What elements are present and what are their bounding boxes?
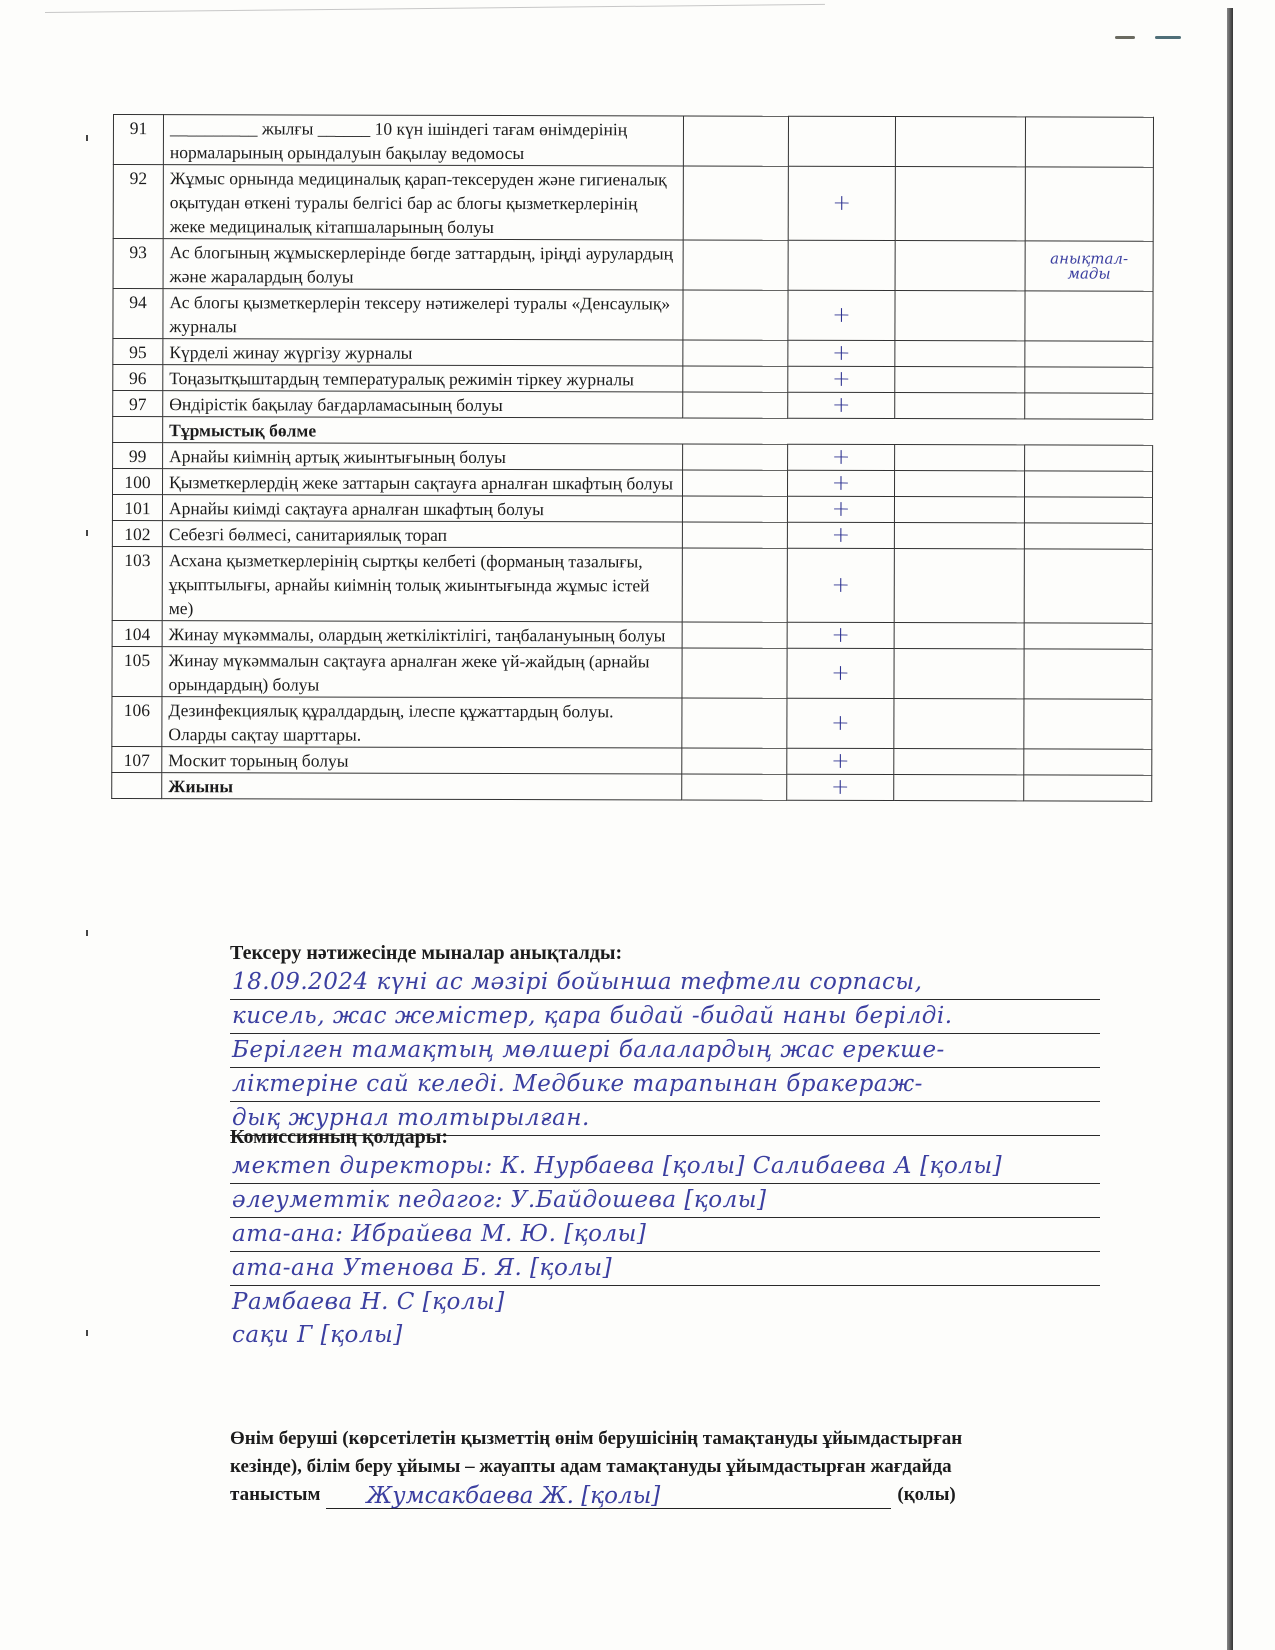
signature-line: мектеп директоры: К. Нурбаева [қолы] Сал…: [230, 1150, 1100, 1184]
status-cell[interactable]: [682, 548, 787, 622]
table-row: 100Қызметкерлердің жеке заттарын сақтауғ…: [113, 469, 1153, 498]
note-cell[interactable]: [1024, 699, 1152, 749]
row-description: Ас блогы қызметкерлерін тексеру нәтижеле…: [163, 289, 683, 340]
row-number: 100: [113, 469, 163, 495]
table-row: 107Москит торының болуы+: [112, 746, 1152, 775]
margin-mark: [86, 530, 88, 536]
table-row: 103Асхана қызметкерлерінің сыртқы келбет…: [112, 546, 1152, 623]
signature-line: ата-ана: Ибрайева М. Ю. [қолы]: [230, 1218, 1100, 1252]
total-row: Жиыны +: [112, 772, 1152, 801]
check-mark[interactable]: +: [787, 522, 894, 548]
handwritten-line: 18.09.2024 күні ас мәзірі бойынша тефтел…: [230, 966, 1100, 1000]
table-row: 96Тоңазытқыштардың температуралық режимі…: [113, 365, 1153, 394]
check-mark[interactable]: +: [787, 548, 894, 622]
note-cell[interactable]: [1024, 749, 1152, 775]
row-number: 107: [112, 746, 162, 772]
status-cell[interactable]: [683, 116, 788, 166]
note-cell[interactable]: [1024, 523, 1152, 549]
scan-corner-mark: [1155, 36, 1181, 39]
status-cell[interactable]: [682, 496, 787, 522]
note-cell[interactable]: анықтал-мады: [1025, 241, 1153, 291]
row-number: 102: [112, 520, 162, 546]
row-description: Қызметкерлердің жеке заттарын сақтауға а…: [163, 469, 683, 496]
check-mark[interactable]: +: [787, 748, 894, 774]
check-mark[interactable]: +: [788, 470, 895, 496]
note-cell[interactable]: [1024, 497, 1152, 523]
check-mark[interactable]: +: [787, 648, 894, 698]
row-number: [113, 417, 163, 443]
status-cell[interactable]: [682, 622, 787, 648]
status-cell[interactable]: [683, 240, 788, 290]
footer-line-1: Өнім беруші (көрсетілетін қызметтің өнім…: [230, 1425, 1130, 1453]
inspection-checklist-table: 91__________ жылғы ______ 10 күн ішіндег…: [111, 114, 1154, 802]
status-cell[interactable]: [894, 549, 1024, 623]
handwritten-line: Берілген тамақтың мөлшері балалардың жас…: [230, 1034, 1100, 1068]
handwritten-line: кисель, жас жемістер, қара бидай -бидай …: [230, 1000, 1100, 1034]
note-cell[interactable]: [1025, 167, 1153, 241]
note-cell[interactable]: [1025, 117, 1153, 167]
check-mark[interactable]: +: [788, 366, 895, 392]
status-cell[interactable]: [894, 699, 1024, 749]
status-cell[interactable]: [894, 649, 1024, 699]
note-cell[interactable]: [1025, 291, 1153, 341]
status-cell[interactable]: [895, 241, 1025, 291]
row-description: Асхана қызметкерлерінің сыртқы келбеті (…: [162, 547, 682, 622]
ack-label: таныстым: [230, 1481, 320, 1509]
row-number: 94: [113, 289, 163, 339]
check-mark[interactable]: +: [788, 166, 895, 240]
status-cell[interactable]: [682, 698, 787, 748]
findings-section: Тексеру нәтижесінде мыналар анықталды: 1…: [230, 940, 1100, 1136]
footer-line-2: кезінде), білім беру ұйымы – жауапты ада…: [230, 1453, 1130, 1481]
table-row: 97Өндірістік бақылау бағдарламасының бол…: [113, 391, 1153, 420]
row-description: Дезинфекциялық құралдардың, ілеспе құжат…: [162, 697, 682, 748]
row-number: 96: [113, 365, 163, 391]
row-number: 101: [112, 495, 162, 521]
status-cell[interactable]: [895, 117, 1025, 167]
check-mark[interactable]: [788, 240, 895, 290]
check-mark[interactable]: +: [788, 392, 895, 418]
row-number: 93: [113, 239, 163, 289]
scan-top-rule: [45, 4, 825, 13]
note-cell[interactable]: [1024, 549, 1152, 623]
status-cell[interactable]: [895, 341, 1025, 367]
table-row: 95Күрделі жинау жүргізу журналы+: [113, 339, 1153, 368]
note-cell[interactable]: [1024, 623, 1152, 649]
table-row: 94Ас блогы қызметкерлерін тексеру нәтиже…: [113, 289, 1153, 342]
row-description: Арнайы киімді сақтауға арналған шкафтың …: [162, 495, 682, 522]
note-cell[interactable]: [1024, 649, 1152, 699]
status-cell[interactable]: [895, 291, 1025, 341]
status-cell[interactable]: [895, 167, 1025, 241]
row-description: Жинау мүкәммалын сақтауға арналған жеке …: [162, 647, 682, 698]
table-row: 101Арнайы киімді сақтауға арналған шкафт…: [112, 495, 1152, 524]
ack-signature-field[interactable]: Жумсакбаева Ж. [қолы]: [326, 1483, 891, 1509]
status-cell[interactable]: [683, 166, 788, 240]
status-cell[interactable]: [894, 523, 1024, 549]
row-number: 105: [112, 646, 162, 696]
status-cell[interactable]: [683, 470, 788, 496]
status-cell[interactable]: [894, 623, 1024, 649]
signature-line: сақи Г [қолы]: [230, 1319, 1100, 1352]
sign-label: (қолы): [897, 1481, 955, 1509]
status-cell[interactable]: [895, 471, 1025, 497]
table-row: 104Жинау мүкәммалы, олардың жеткіліктілі…: [112, 620, 1152, 649]
row-number: 95: [113, 339, 163, 365]
total-label: Жиыны: [162, 773, 682, 800]
status-cell[interactable]: [683, 392, 788, 418]
row-description: Күрделі жинау жүргізу журналы: [163, 339, 683, 366]
check-mark: +: [787, 774, 894, 800]
table-row: 105Жинау мүкәммалын сақтауға арналған же…: [112, 646, 1152, 699]
note-cell[interactable]: [1025, 367, 1153, 393]
status-cell[interactable]: [895, 367, 1025, 393]
signatures-heading: Комиссияның қолдары:: [230, 1124, 1100, 1150]
check-mark[interactable]: +: [788, 444, 895, 470]
status-cell[interactable]: [683, 366, 788, 392]
row-description: Жұмыс орнында медициналық қарап-тексеруд…: [163, 165, 683, 240]
margin-mark: [86, 930, 88, 936]
status-cell[interactable]: [894, 749, 1024, 775]
note-cell[interactable]: [1025, 471, 1153, 497]
footer-acknowledgement: Өнім беруші (көрсетілетін қызметтің өнім…: [230, 1425, 1130, 1509]
status-cell[interactable]: [683, 340, 788, 366]
findings-heading: Тексеру нәтижесінде мыналар анықталды:: [230, 940, 1100, 966]
check-mark[interactable]: +: [787, 496, 894, 522]
row-number: 97: [113, 391, 163, 417]
table-row: 106Дезинфекциялық құралдардың, ілеспе құ…: [112, 696, 1152, 749]
check-mark[interactable]: +: [787, 698, 894, 748]
note-cell[interactable]: [1025, 393, 1153, 419]
row-number: 106: [112, 696, 162, 746]
table-row: 93Ас блогының жұмыскерлерінде бөгде затт…: [113, 239, 1153, 292]
check-mark[interactable]: +: [788, 340, 895, 366]
row-description: Өндірістік бақылау бағдарламасының болуы: [163, 391, 683, 418]
status-cell[interactable]: [894, 497, 1024, 523]
table-row: 92Жұмыс орнында медициналық қарап-тексер…: [113, 165, 1153, 242]
row-number: 103: [112, 546, 162, 620]
signature-line: Рамбаева Н. С [қолы]: [230, 1286, 1100, 1319]
section-title: Тұрмыстық бөлме: [163, 417, 1153, 446]
row-description: Жинау мүкәммалы, олардың жеткіліктілігі,…: [162, 621, 682, 648]
row-description: __________ жылғы ______ 10 күн ішіндегі …: [163, 115, 683, 166]
status-cell[interactable]: [683, 290, 788, 340]
row-number: 99: [113, 443, 163, 469]
check-mark[interactable]: [788, 116, 895, 166]
check-mark[interactable]: +: [787, 622, 894, 648]
status-cell[interactable]: [895, 393, 1025, 419]
note-cell[interactable]: [1025, 341, 1153, 367]
row-number: 92: [113, 165, 163, 239]
row-description: Арнайы киімнің артық жиынтығының болуы: [163, 443, 683, 470]
check-mark[interactable]: +: [788, 290, 895, 340]
row-description: Тоңазытқыштардың температуралық режимін …: [163, 365, 683, 392]
row-description: Москит торының болуы: [162, 747, 682, 774]
status-cell[interactable]: [682, 748, 787, 774]
status-cell[interactable]: [683, 444, 788, 470]
row-description: Себезгі бөлмесі, санитариялық торап: [162, 521, 682, 548]
row-number: 104: [112, 620, 162, 646]
row-description: Ас блогының жұмыскерлерінде бөгде заттар…: [163, 239, 683, 290]
signature-line: ата-ана Утенова Б. Я. [қолы]: [230, 1252, 1100, 1286]
status-cell[interactable]: [895, 445, 1025, 471]
handwritten-line: ліктеріне сай келеді. Медбике тарапынан …: [230, 1068, 1100, 1102]
section-row: Тұрмыстық бөлме: [113, 417, 1153, 446]
signature-line: әлеуметтік педагог: У.Байдошева [қолы]: [230, 1184, 1100, 1218]
findings-text: 18.09.2024 күні ас мәзірі бойынша тефтел…: [230, 966, 1100, 1136]
scan-edge: [1227, 8, 1233, 1650]
row-number: 91: [113, 115, 163, 165]
status-cell[interactable]: [682, 522, 787, 548]
scan-corner-mark: [1115, 36, 1135, 39]
note-cell[interactable]: [1025, 445, 1153, 471]
status-cell[interactable]: [682, 648, 787, 698]
table-row: 99Арнайы киімнің артық жиынтығының болуы…: [113, 443, 1153, 472]
margin-mark: [86, 135, 88, 141]
margin-mark: [86, 1330, 88, 1336]
table-row: 102Себезгі бөлмесі, санитариялық торап+: [112, 520, 1152, 549]
table-row: 91__________ жылғы ______ 10 күн ішіндег…: [113, 115, 1153, 168]
commission-signatures: Комиссияның қолдары: мектеп директоры: К…: [230, 1124, 1100, 1352]
